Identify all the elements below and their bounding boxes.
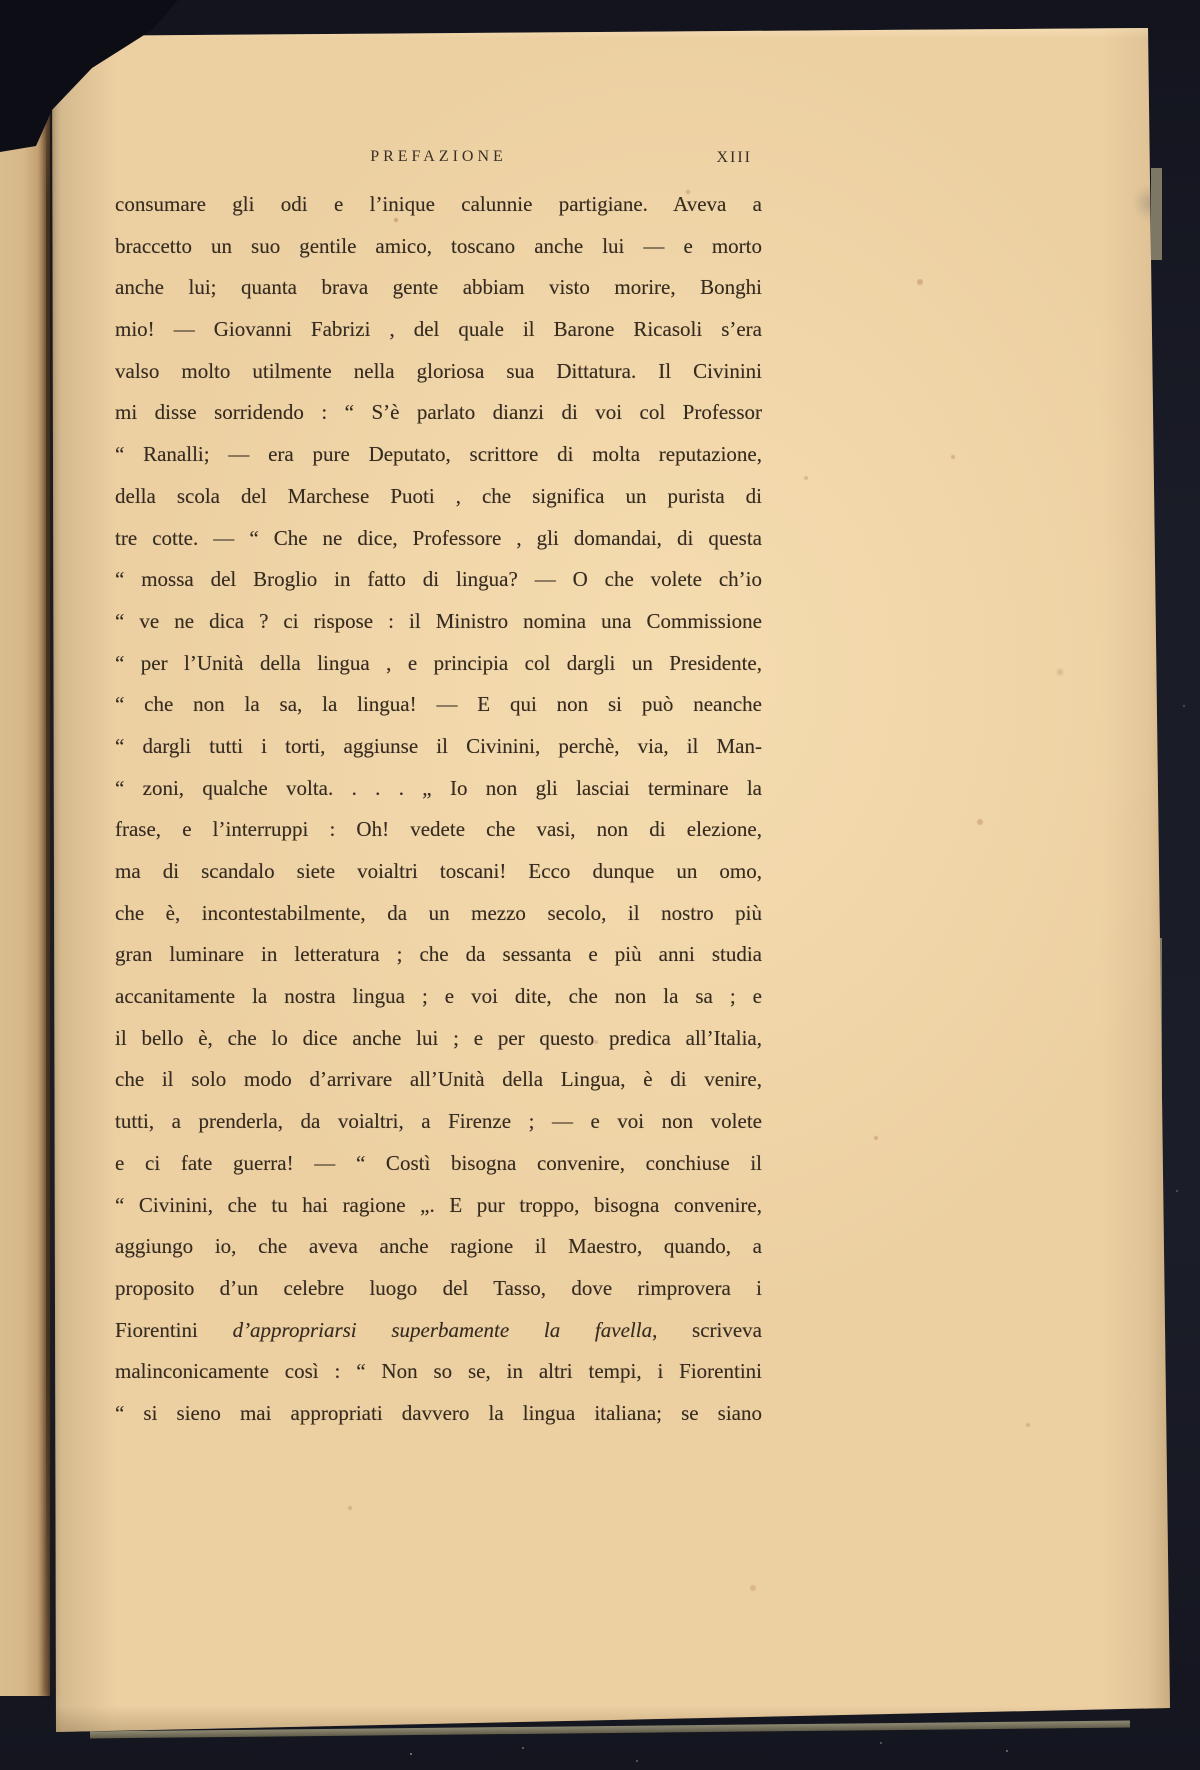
dust-specks — [0, 0, 2, 2]
text-line: aggiungo io, che aveva anche ragione il … — [115, 1226, 762, 1268]
text-line: tutti, a prenderla, da voialtri, a Firen… — [115, 1101, 762, 1143]
text-line: mio! — Giovanni Fabrizi , del quale il B… — [115, 309, 762, 351]
text-line: della scola del Marchese Puoti , che sig… — [115, 476, 762, 518]
text-line: che è, incontestabilmente, da un mezzo s… — [115, 893, 762, 935]
text-segment: , scriveva — [652, 1318, 762, 1342]
text-line: frase, e l’interruppi : Oh! vedete che v… — [115, 809, 762, 851]
text-line: tre cotte. — “ Che ne dice, Professore ,… — [115, 518, 762, 560]
text-line: valso molto utilmente nella gloriosa sua… — [115, 351, 762, 393]
text-line-italic: Fiorentini d’appropriarsi superbamente l… — [115, 1310, 762, 1352]
text-line: che il solo modo d’arrivare all’Unità de… — [115, 1059, 762, 1101]
text-line: “ per l’Unità della lingua , e principia… — [115, 643, 762, 685]
text-line: “ che non la sa, la lingua! — E qui non … — [115, 684, 762, 726]
scanned-text-block: consumare gli odi e l’inique calunnie pa… — [115, 184, 762, 1435]
adjacent-page-edge — [0, 58, 50, 1696]
text-line: “ si sieno mai appropriati davvero la li… — [115, 1393, 762, 1435]
text-line: “ zoni, qualche volta. . . . „ Io non gl… — [115, 768, 762, 810]
text-line: “ mossa del Broglio in fatto di lingua? … — [115, 559, 762, 601]
text-line: anche lui; quanta brava gente abbiam vis… — [115, 267, 762, 309]
text-line: e ci fate guerra! — “ Costì bisogna conv… — [115, 1143, 762, 1185]
book-scan-photo: { "header": { "title": "PREFAZIONE", "pa… — [0, 0, 1200, 1770]
text-line: “ ve ne dica ? ci rispose : il Ministro … — [115, 601, 762, 643]
text-line: gran luminare in letteratura ; che da se… — [115, 934, 762, 976]
text-segment: Fiorentini — [115, 1318, 198, 1342]
text-line: braccetto un suo gentile amico, toscano … — [115, 226, 762, 268]
text-line: “ Civinini, che tu hai ragione „. E pur … — [115, 1185, 762, 1227]
running-head-title: PREFAZIONE — [115, 148, 762, 166]
running-head: PREFAZIONE XIII — [115, 148, 762, 172]
text-line: malinconicamente così : “ Non so se, in … — [115, 1351, 762, 1393]
text-line: ma di scandalo siete voialtri toscani! E… — [115, 851, 762, 893]
text-line: “ Ranalli; — era pure Deputato, scrittor… — [115, 434, 762, 476]
running-head-page-number: XIII — [716, 149, 752, 167]
text-segment-italic: d’appropriarsi superbamente la favella — [233, 1318, 653, 1342]
text-line: “ dargli tutti i torti, aggiunse il Civi… — [115, 726, 762, 768]
text-line: proposito d’un celebre luogo del Tasso, … — [115, 1268, 762, 1310]
book-board-edge — [1151, 168, 1162, 260]
text-line: mi disse sorridendo : “ S’è parlato dian… — [115, 392, 762, 434]
text-line: accanitamente la nostra lingua ; e voi d… — [115, 976, 762, 1018]
page-paper: PREFAZIONE XIII consumare gli odi e l’in… — [46, 28, 1170, 1732]
text-line: consumare gli odi e l’inique calunnie pa… — [115, 184, 762, 226]
text-line: il bello è, che lo dice anche lui ; e pe… — [115, 1018, 762, 1060]
gutter-crease — [46, 70, 50, 1694]
